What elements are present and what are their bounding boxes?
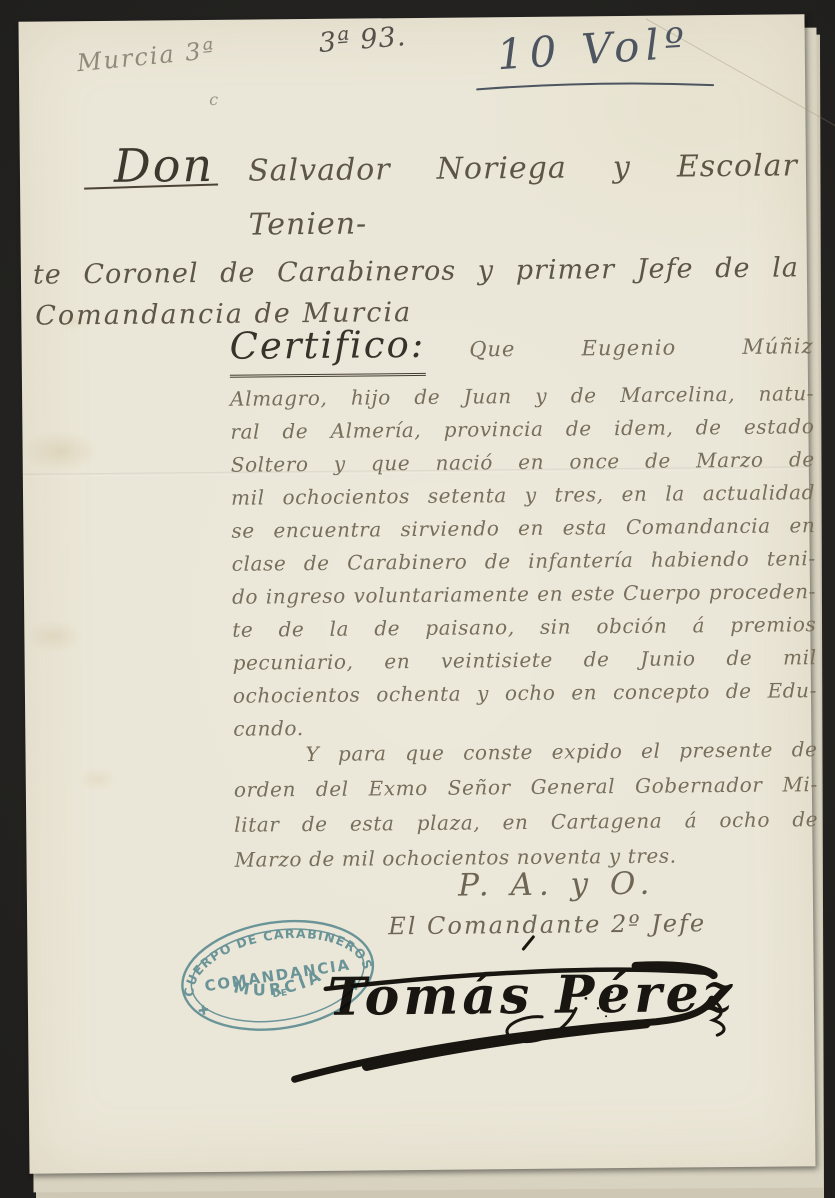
scan-background: Murcia 3ª c 3ª 93. 10 Volº Don Salvador … (0, 0, 835, 1198)
heading-line-1: Don Salvador Noriega y Escolar Tenien- (32, 132, 799, 254)
certify-first-line: Certifico: Que Eugenio Múñiz (229, 314, 814, 379)
certify-line-0: Que Eugenio Múñiz (469, 319, 814, 376)
certify-line: ochocientos ochenta y ocho en concepto d… (233, 674, 817, 713)
volume-note: 10 Volº (495, 18, 691, 79)
heading-line-2: te Coronel de Carabineros y primer Jefe … (33, 247, 799, 296)
signature-name: Tomás Pérez (328, 963, 737, 1028)
certify-line: do ingreso voluntariamente en este Cuerp… (232, 575, 816, 614)
document-heading: Don Salvador Noriega y Escolar Tenien- t… (32, 132, 800, 336)
pencil-annotation: Murcia 3ª (76, 36, 217, 77)
closing-paragraph: Y para que conste expido el presente de … (233, 732, 818, 878)
certify-line: clase de Carabinero de infantería habien… (232, 542, 816, 581)
stamp-cross-right-icon: ✚ (349, 978, 362, 994)
signing-formula: P. A. y O. (367, 865, 747, 905)
certifico-lead-word: Certifico: (229, 318, 425, 378)
volume-underline (475, 77, 715, 93)
certify-line: pecuniario, en veintisiete de Junio de m… (232, 641, 816, 680)
certify-line: mil ochocientos setenta y tres, en la ac… (231, 476, 815, 515)
certify-line: te de la de paisano, sin obción á premio… (232, 608, 816, 647)
certify-line: Soltero y que nació en once de Marzo de (231, 443, 815, 482)
certification-paragraph: Certifico: Que Eugenio Múñiz Almagro, hi… (229, 314, 817, 746)
certify-line: Almagro, hijo de Juan y de Marcelina, na… (230, 377, 814, 416)
salutation-don: Don (114, 138, 215, 193)
closing-line: Y para que conste expido el presente de (233, 732, 817, 773)
pencil-stray-mark: c (209, 90, 219, 109)
stamp-cross-left-icon: ✚ (197, 1003, 210, 1019)
closing-line: litar de esta plaza, en Cartagena á ocho… (234, 802, 818, 843)
certify-line: ral de Almería, provincia de idem, de es… (230, 410, 814, 449)
closing-line: orden del Exmo Señor General Gobernador … (234, 767, 818, 808)
document-page: Murcia 3ª c 3ª 93. 10 Volº Don Salvador … (18, 14, 815, 1173)
folio-number: 3ª 93. (318, 21, 408, 59)
certify-lines: Almagro, hijo de Juan y de Marcelina, na… (230, 377, 817, 746)
heading-line-1-text: Salvador Noriega y Escolar Tenien- (248, 139, 799, 252)
certify-line: se encuentra sirviendo en esta Comandanc… (231, 509, 815, 548)
stamp-de-text: DE (272, 988, 289, 1000)
